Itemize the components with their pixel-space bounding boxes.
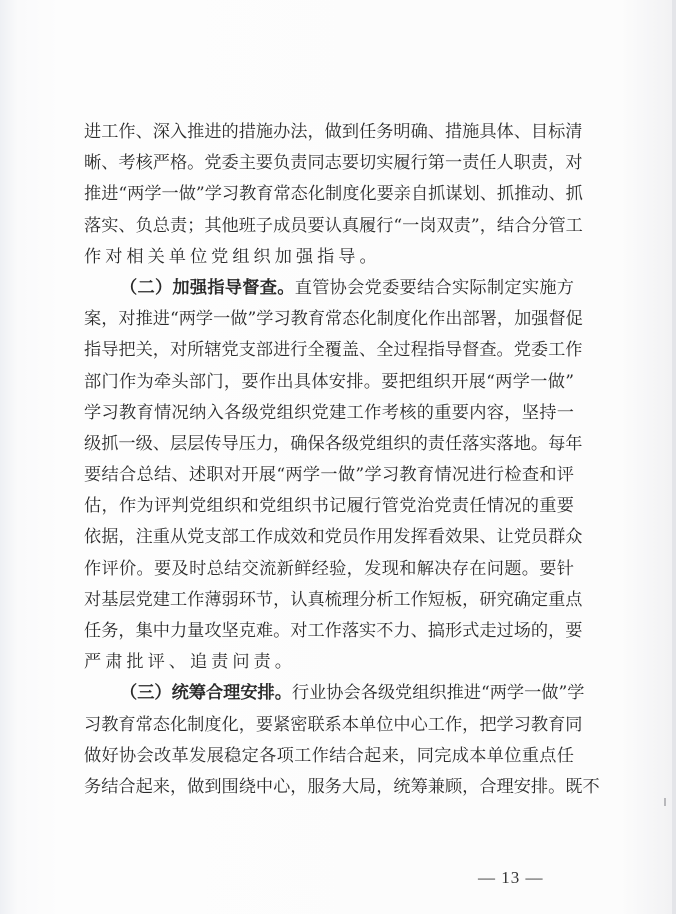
scan-edge-shadow [672,0,676,914]
text-line: 推进“两学一做”学习教育常态化制度化要亲自抓谋划、抓推动、抓 [84,179,574,210]
text-line: 习教育常态化制度化，要紧密联系本单位中心工作，把学习教育同 [84,710,574,741]
text-line: 务结合起来，做到围绕中心，服务大局，统筹兼顾，合理安排。既不 [84,772,574,803]
text-span: 行业协会各级党组织推进“两学一做”学 [292,683,585,703]
section-heading-2: （二）加强指导督查。 [120,278,295,298]
text-line: 部门作为牵头部门，要作出具体安排。要把组织开展“两学一做” [84,367,574,398]
text-line: 对基层党建工作薄弱环节，认真梳理分析工作短板，研究确定重点 [84,585,574,616]
text-line: 落实、负总责；其他班子成员要认真履行“一岗双责”，结合分管工 [84,211,574,242]
page-number: — 13 — [478,868,544,888]
text-line: 任务，集中力量攻坚克难。对工作落实不力、搞形式走过场的，要 [84,616,574,647]
text-line: 作评价。要及时总结交流新鲜经验，发现和解决存在问题。要针 [84,554,574,585]
scan-speck [664,798,666,806]
text-line: 严肃批评、追责问责。 [84,647,574,678]
section-heading-line: （二）加强指导督查。直管协会党委要结合实际制定实施方 [84,273,574,304]
text-line: 级抓一级、层层传导压力，确保各级党组织的责任落实落地。每年 [84,429,574,460]
document-page: 进工作、深入推进的措施办法，做到任务明确、措施具体、目标清 晰、考核严格。党委主… [0,0,676,914]
body-text: 进工作、深入推进的措施办法，做到任务明确、措施具体、目标清 晰、考核严格。党委主… [84,117,574,803]
text-line: 晰、考核严格。党委主要负责同志要切实履行第一责任人职责，对 [84,148,574,179]
text-line: 依据，注重从党支部工作成效和党员作用发挥看效果、让党员群众 [84,522,574,553]
text-span: 直管协会党委要结合实际制定实施方 [295,278,574,298]
text-line: 作对相关单位党组织加强指导。 [84,242,574,273]
text-line: 做好协会改革发展稳定各项工作结合起来，同完成本单位重点任 [84,741,574,772]
text-line: 学习教育情况纳入各级党组织党建工作考核的重要内容，坚持一 [84,398,574,429]
text-line: 估，作为评判党组织和党组织书记履行管党治党责任情况的重要 [84,491,574,522]
section-heading-3: （三）统筹合理安排。 [120,683,292,703]
text-line: 案，对推进“两学一做”学习教育常态化制度化作出部署，加强督促 [84,304,574,335]
text-line: 进工作、深入推进的措施办法，做到任务明确、措施具体、目标清 [84,117,574,148]
text-line: 要结合总结、述职对开展“两学一做”学习教育情况进行检查和评 [84,460,574,491]
section-heading-line: （三）统筹合理安排。行业协会各级党组织推进“两学一做”学 [84,678,574,709]
text-line: 指导把关，对所辖党支部进行全覆盖、全过程指导督查。党委工作 [84,335,574,366]
